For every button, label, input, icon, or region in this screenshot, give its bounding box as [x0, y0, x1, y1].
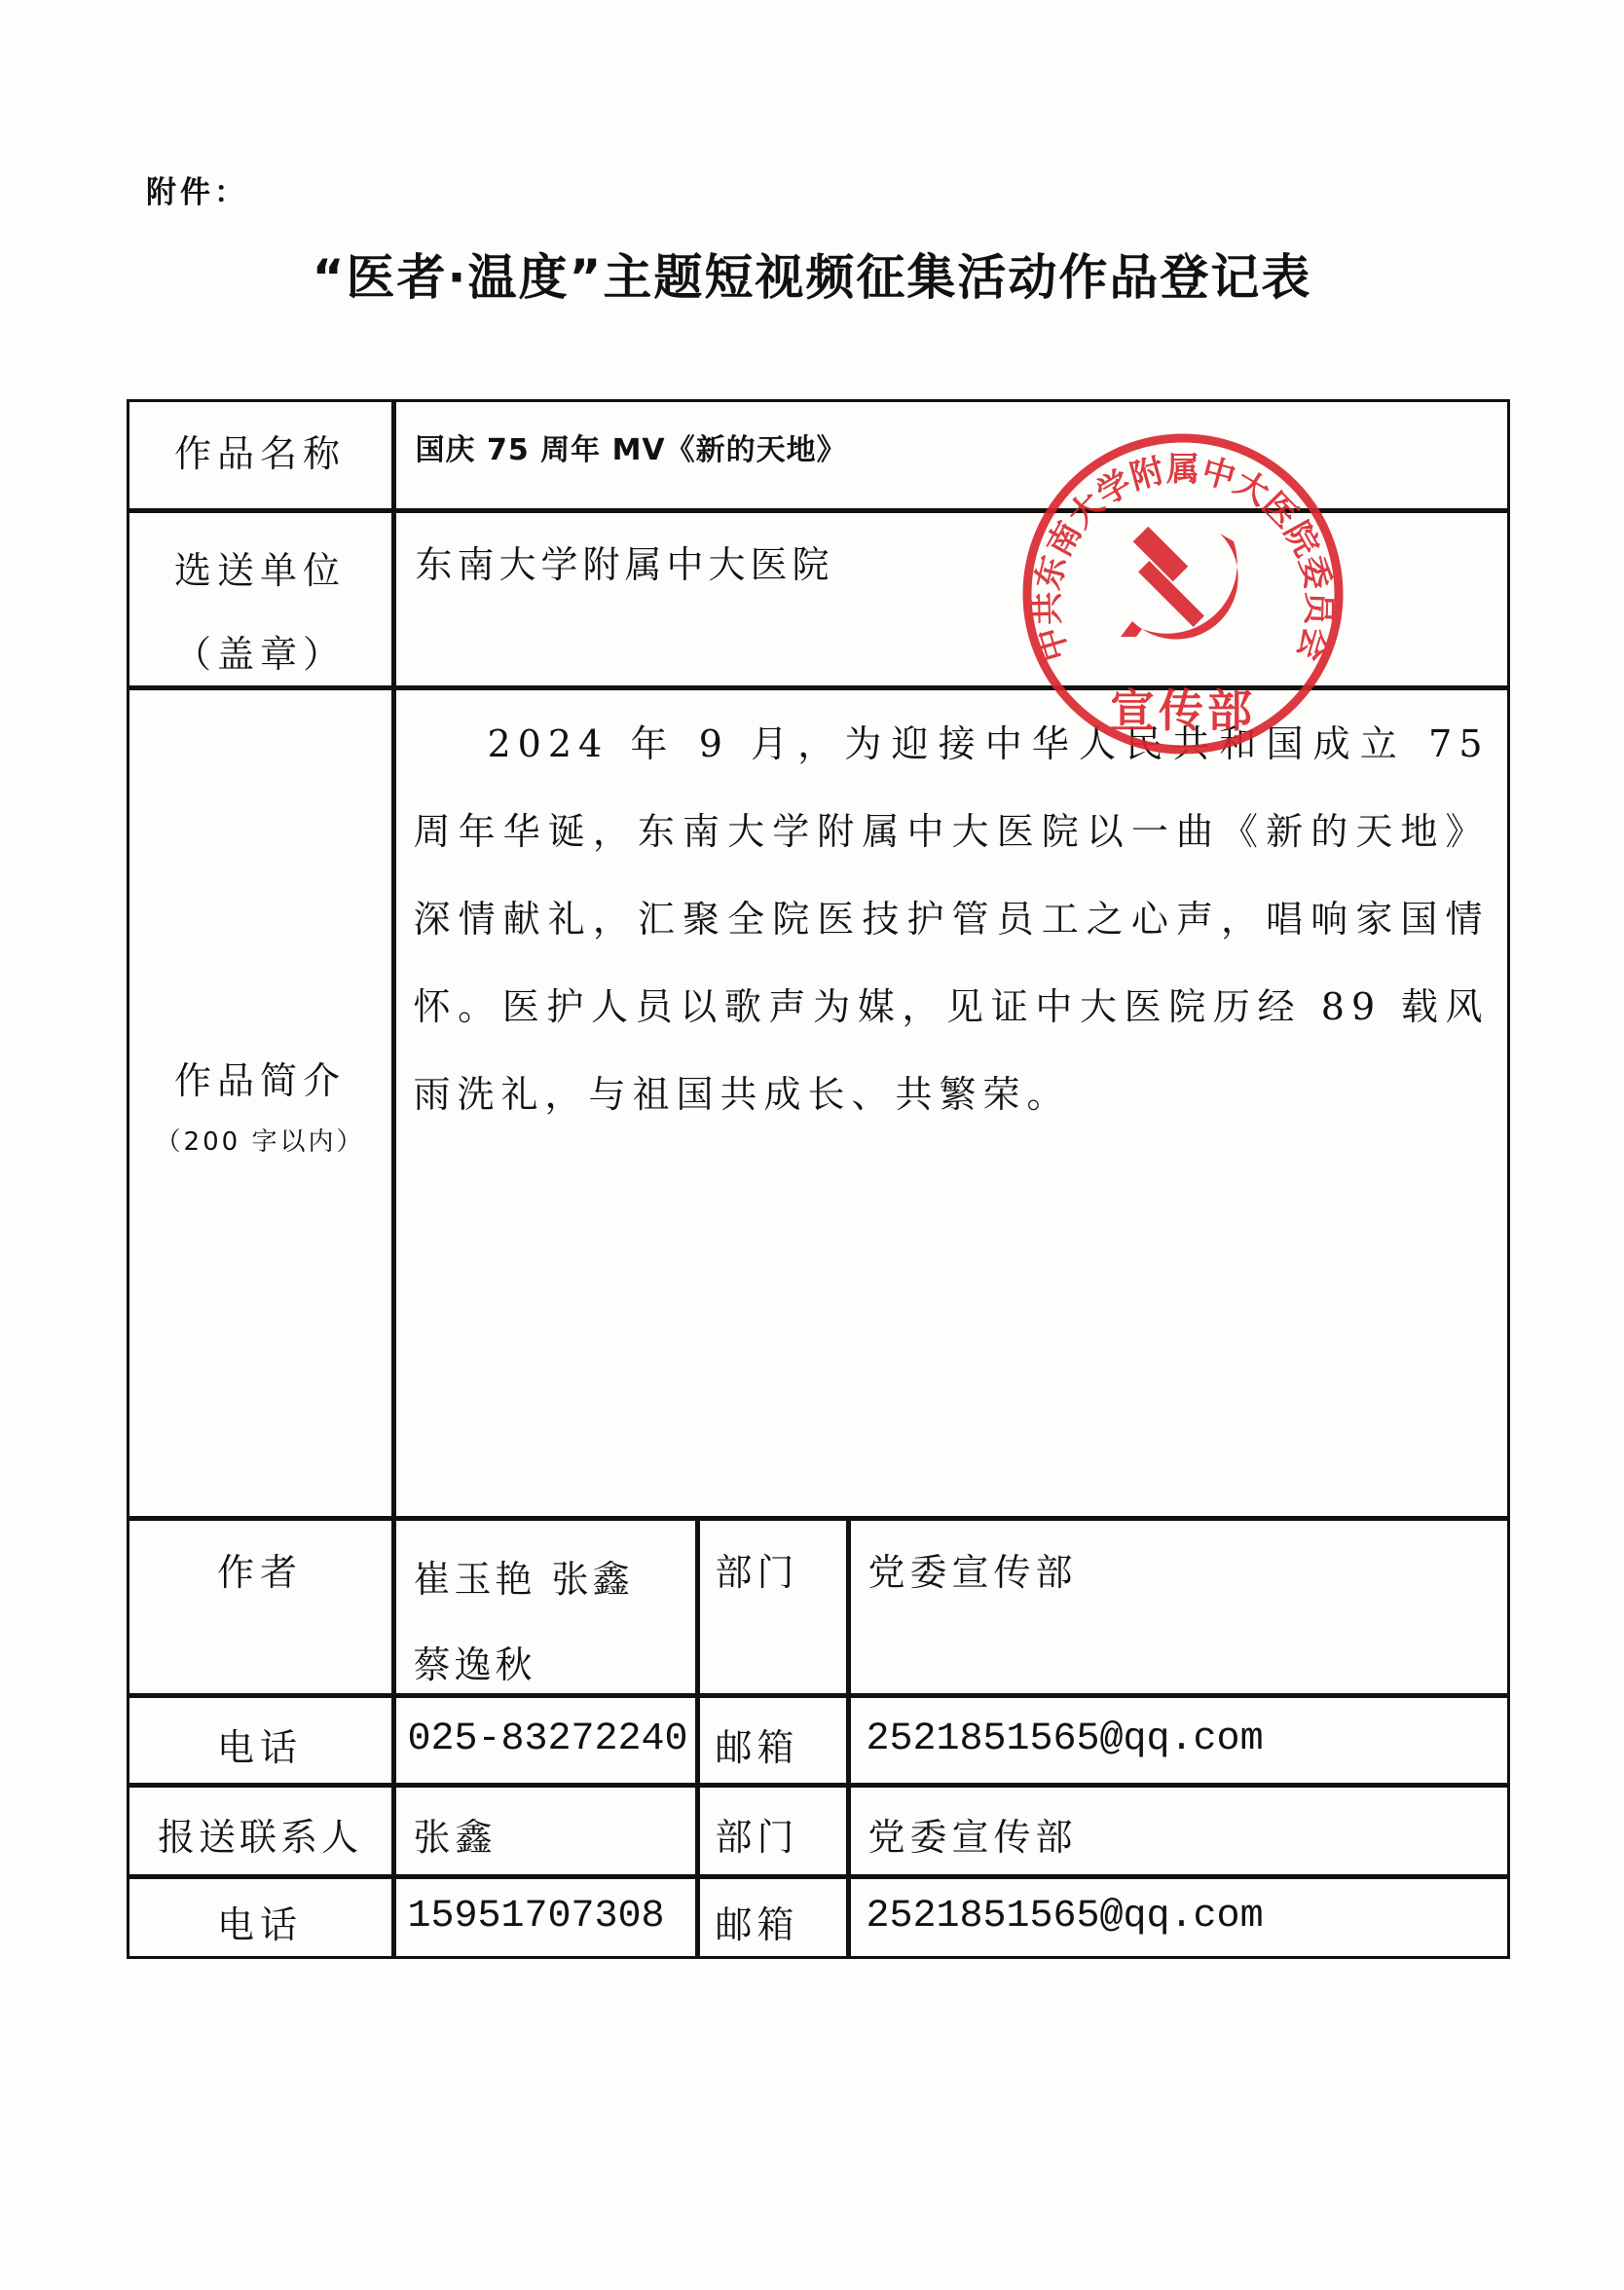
contact-phone-value: 15951707308 [408, 1895, 665, 1939]
unit-value-cell: 东南大学附属中大医院 [393, 510, 1510, 688]
contact-phone-value-cell: 15951707308 [393, 1876, 698, 1959]
author-phone-label-cell: 电话 [127, 1695, 394, 1786]
contact-name-cell: 张鑫 [393, 1785, 698, 1877]
contact-label: 报送联系人 [158, 1816, 362, 1859]
registration-form-table: 作品名称 国庆 75 周年 MV《新的天地》 选送单位 （盖章） 东南大学附属中… [128, 400, 1510, 1959]
page-title: “医者·温度”主题短视频征集活动作品登记表 [0, 239, 1624, 309]
contact-email-label-cell: 邮箱 [697, 1876, 849, 1959]
author-email-label-cell: 邮箱 [697, 1695, 849, 1786]
contact-name: 张鑫 [414, 1816, 498, 1859]
description-label: 作品简介 [129, 1051, 391, 1104]
unit-sublabel: （盖章） [129, 612, 391, 696]
author-dept-label-cell: 部门 [697, 1518, 849, 1696]
author-label: 作者 [217, 1551, 303, 1594]
unit-value: 东南大学附属中大医院 [416, 543, 834, 586]
contact-label-cell: 报送联系人 [127, 1785, 394, 1877]
description-sublabel: （200 字以内） [129, 1122, 391, 1158]
work-name-value: 国庆 75 周年 MV《新的天地》 [416, 433, 847, 467]
author-phone-label: 电话 [217, 1726, 303, 1769]
contact-dept-value-cell: 党委宣传部 [848, 1785, 1510, 1877]
unit-label: 选送单位 [129, 529, 391, 612]
author-dept-label: 部门 [716, 1551, 799, 1594]
author-names-cell: 崔玉艳 张鑫 蔡逸秋 [393, 1518, 698, 1696]
contact-email-value-cell: 2521851565@qq.com [848, 1876, 1510, 1959]
author-dept-value-cell: 党委宣传部 [848, 1518, 1510, 1696]
author-phone-value-cell: 025-83272240 [393, 1695, 698, 1786]
contact-phone-label-cell: 电话 [127, 1876, 394, 1959]
author-names-line1: 崔玉艳 张鑫 [414, 1536, 695, 1622]
work-name-label-cell: 作品名称 [127, 399, 394, 511]
contact-phone-label: 电话 [217, 1903, 303, 1946]
attachment-label: 附件： [146, 167, 248, 211]
contact-email-value: 2521851565@qq.com [867, 1895, 1264, 1939]
unit-label-cell: 选送单位 （盖章） [127, 510, 394, 688]
contact-dept-label-cell: 部门 [697, 1785, 849, 1877]
contact-dept-value: 党委宣传部 [868, 1816, 1078, 1859]
author-dept-value: 党委宣传部 [868, 1551, 1078, 1594]
description-label-cell: 作品简介 （200 字以内） [127, 687, 394, 1519]
work-name-label: 作品名称 [174, 432, 346, 475]
description-value: 2024 年 9 月，为迎接中华人民共和国成立 75 周年华诞，东南大学附属中大… [414, 722, 1490, 1116]
contact-dept-label: 部门 [716, 1816, 799, 1859]
work-name-value-cell: 国庆 75 周年 MV《新的天地》 [393, 399, 1510, 511]
author-email-value: 2521851565@qq.com [867, 1717, 1264, 1761]
author-label-cell: 作者 [127, 1518, 394, 1696]
author-email-value-cell: 2521851565@qq.com [848, 1695, 1510, 1786]
contact-email-label: 邮箱 [716, 1903, 799, 1946]
description-value-cell: 2024 年 9 月，为迎接中华人民共和国成立 75 周年华诞，东南大学附属中大… [393, 687, 1510, 1519]
author-phone-value: 025-83272240 [408, 1717, 688, 1761]
author-email-label: 邮箱 [716, 1726, 799, 1769]
